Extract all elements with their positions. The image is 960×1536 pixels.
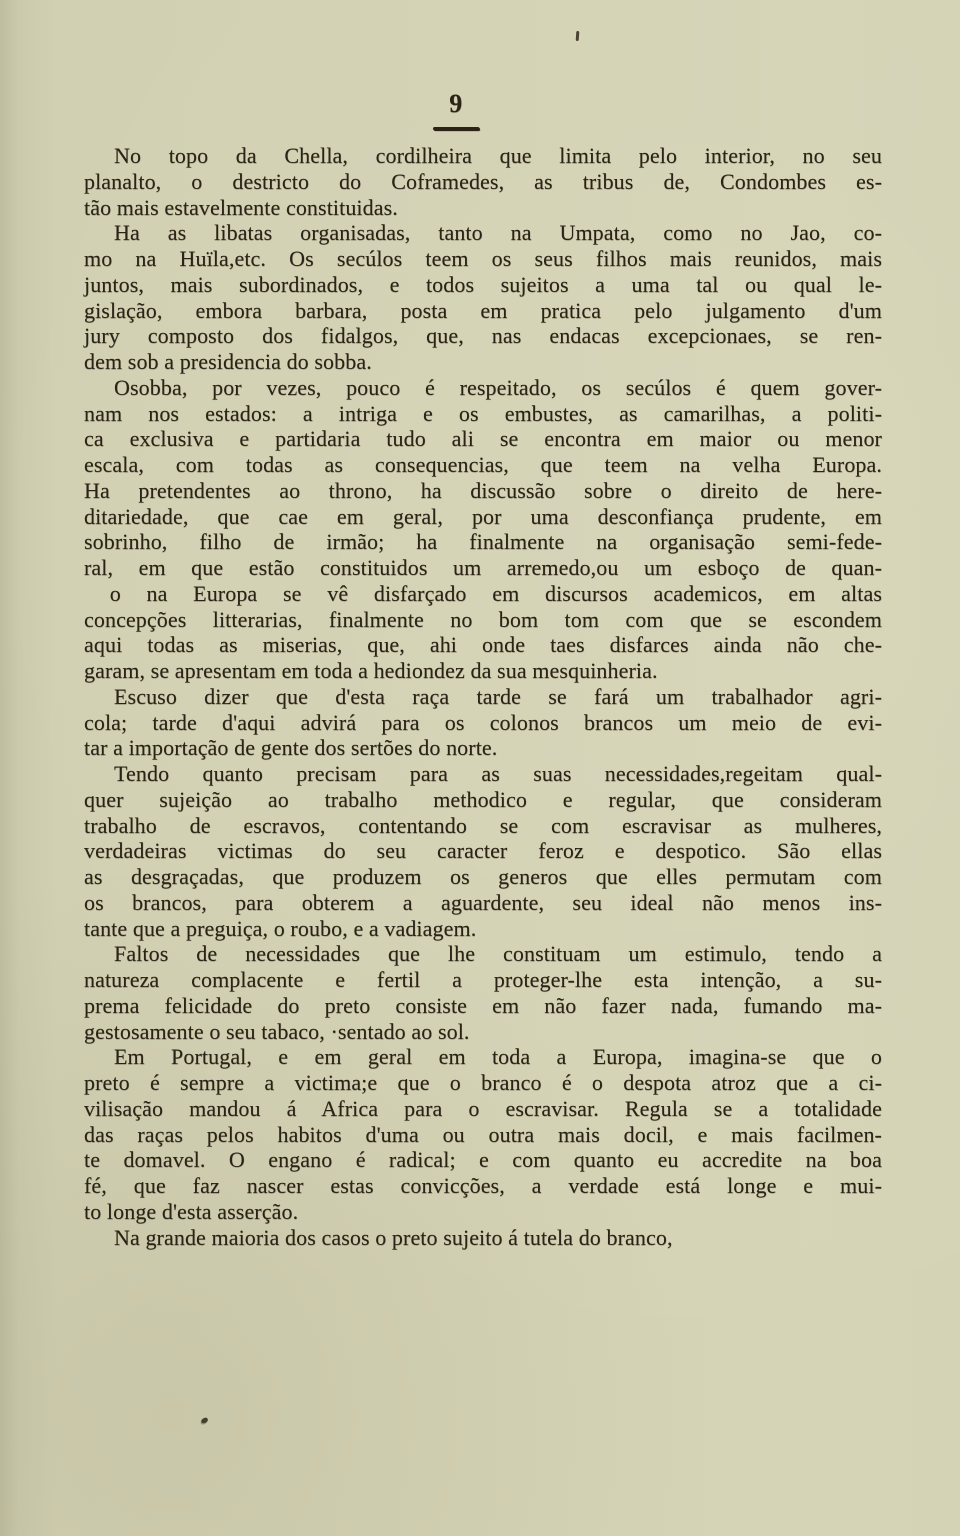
text-line: planalto, o destricto do Coframedes, as … (84, 169, 882, 195)
page-number: 9 (427, 89, 485, 119)
text-line: o na Europa se vê disfarçado em discurso… (84, 581, 882, 607)
text-line: Escuso dizer que d'esta raça tarde se fa… (84, 684, 882, 710)
text-line: jury composto dos fidalgos, que, nas end… (84, 323, 882, 349)
text-line: natureza complacente e fertil a proteger… (84, 967, 882, 993)
text-line: Tendo quanto precisam para as suas neces… (84, 761, 882, 787)
text-line: gestosamente o seu tabaco, ·sentado ao s… (84, 1019, 882, 1045)
text-line: garam, se apresentam em toda a hediondez… (84, 658, 882, 684)
text-line: preto é sempre a victima;e que o branco … (84, 1070, 882, 1096)
text-line: tante que a preguiça, o roubo, e a vadia… (84, 916, 882, 942)
text-line: Na grande maioria dos casos o preto suje… (84, 1225, 882, 1251)
text-line: prema felicidade do preto consiste em nã… (84, 993, 882, 1019)
text-line: ditariedade, que cae em geral, por uma d… (84, 504, 882, 530)
text-line: ral, em que estão constituidos um arreme… (84, 555, 882, 581)
paragraph: Em Portugal, e em geral em toda a Europa… (84, 1044, 882, 1224)
scanned-book-page: 9 No topo da Chella, cordilheira que lim… (0, 0, 960, 1536)
paragraph: Osobba, por vezes, pouco é respeitado, o… (84, 375, 882, 684)
text-line: tar a importação de gente dos sertões do… (84, 735, 882, 761)
text-line: to longe d'esta asserção. (84, 1199, 882, 1225)
page-number-rule (433, 127, 480, 131)
page-header: 9 (427, 89, 485, 131)
stray-ink-tick (576, 31, 579, 41)
paragraph: Ha as libatas organisadas, tanto na Umpa… (84, 220, 882, 375)
text-line: Em Portugal, e em geral em toda a Europa… (84, 1044, 882, 1070)
text-line: ca exclusiva e partidaria tudo ali se en… (84, 426, 882, 452)
paragraph: Escuso dizer que d'esta raça tarde se fa… (84, 684, 882, 761)
text-line: nam nos estados: a intriga e os embustes… (84, 401, 882, 427)
text-line: trabalho de escravos, contentando se com… (84, 813, 882, 839)
text-line: gislação, embora barbara, posta em prati… (84, 298, 882, 324)
text-line: quer sujeição ao trabalho methodico e re… (84, 787, 882, 813)
paragraph: Na grande maioria dos casos o preto suje… (84, 1225, 882, 1251)
text-line: escala, com todas as consequencias, que … (84, 452, 882, 478)
text-line: fé, que faz nascer estas convicções, a v… (84, 1173, 882, 1199)
text-line: sobrinho, filho de irmão; ha finalmente … (84, 529, 882, 555)
text-line: te domavel. O engano é radical; e com qu… (84, 1147, 882, 1173)
text-line: concepções litterarias, finalmente no bo… (84, 607, 882, 633)
paragraph: No topo da Chella, cordilheira que limit… (84, 143, 882, 220)
ink-speck (200, 1417, 208, 1424)
text-line: verdadeiras victimas do seu caracter fer… (84, 838, 882, 864)
text-line: mo na Huïla,etc. Os secúlos teem os seus… (84, 246, 882, 272)
text-line: No topo da Chella, cordilheira que limit… (84, 143, 882, 169)
text-line: dem sob a presidencia do sobba. (84, 349, 882, 375)
text-line: juntos, mais subordinados, e todos sujei… (84, 272, 882, 298)
text-line: Osobba, por vezes, pouco é respeitado, o… (84, 375, 882, 401)
text-line: cola; tarde d'aqui advirá para os colono… (84, 710, 882, 736)
text-line: tão mais estavelmente constituidas. (84, 195, 882, 221)
text-line: Ha pretendentes ao throno, ha discussão … (84, 478, 882, 504)
text-line: Ha as libatas organisadas, tanto na Umpa… (84, 220, 882, 246)
page-text: No topo da Chella, cordilheira que limit… (84, 143, 882, 1250)
paragraph: Tendo quanto precisam para as suas neces… (84, 761, 882, 941)
text-line: vilisação mandou á Africa para o escravi… (84, 1096, 882, 1122)
text-line: Faltos de necessidades que lhe constitua… (84, 941, 882, 967)
text-line: aqui todas as miserias, que, ahi onde ta… (84, 632, 882, 658)
text-line: as desgraçadas, que produzem os generos … (84, 864, 882, 890)
paragraph: Faltos de necessidades que lhe constitua… (84, 941, 882, 1044)
text-line: os brancos, para obterem a aguardente, s… (84, 890, 882, 916)
text-line: das raças pelos habitos d'uma ou outra m… (84, 1122, 882, 1148)
